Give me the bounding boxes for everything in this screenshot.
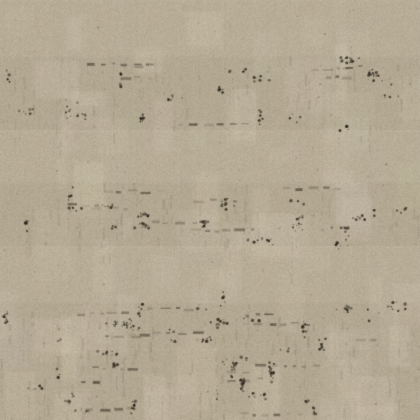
- texture-swatch: [0, 0, 420, 420]
- cork-texture-image: [0, 0, 420, 420]
